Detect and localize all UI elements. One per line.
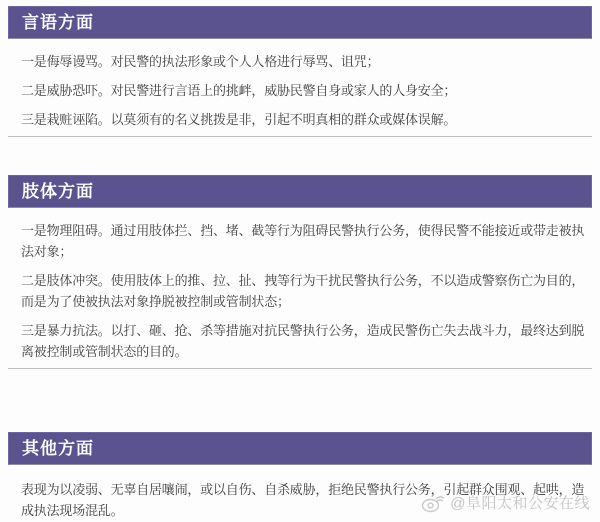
section-other: 其他方面 表现为以凌弱、无辜自居嚷闹，或以自伤、自杀威胁，拒绝民警执行公务，引起… (8, 432, 592, 522)
section-physical: 肢体方面 一是物理阻碍。通过用肢体拦、挡、堵、截等行为阻碍民警执行公务，使得民警… (8, 175, 592, 369)
paragraph: 二是威胁恐吓。对民警进行言语上的挑衅，威胁民警自身或家人的人身安全； (21, 80, 588, 101)
section-physical-body: 一是物理阻碍。通过用肢体拦、挡、堵、截等行为阻碍民警执行公务，使得民警不能接近或… (8, 208, 592, 369)
paragraph: 一是物理阻碍。通过用肢体拦、挡、堵、截等行为阻碍民警执行公务，使得民警不能接近或… (21, 220, 588, 262)
paragraph: 三是栽赃诬陷。以莫须有的名义挑拨是非，引起不明真相的群众或媒体误解。 (21, 109, 588, 130)
section-other-title: 其他方面 (8, 432, 592, 465)
paragraph: 三是暴力抗法。以打、砸、抢、杀等措施对抗民警执行公务，造成民警伤亡失去战斗力，最… (21, 320, 588, 362)
section-other-body: 表现为以凌弱、无辜自居嚷闹，或以自伤、自杀威胁，拒绝民警执行公务，引起群众围观、… (8, 465, 592, 522)
section-verbal-title: 言语方面 (8, 6, 592, 39)
section-physical-title: 肢体方面 (8, 175, 592, 208)
paragraph: 表现为以凌弱、无辜自居嚷闹，或以自伤、自杀威胁，拒绝民警执行公务，引起群众围观、… (21, 479, 588, 521)
section-verbal-body: 一是侮辱谩骂。对民警的执法形象或个人人格进行辱骂、诅咒； 二是威胁恐吓。对民警进… (8, 39, 592, 137)
section-verbal: 言语方面 一是侮辱谩骂。对民警的执法形象或个人人格进行辱骂、诅咒； 二是威胁恐吓… (8, 0, 592, 137)
paragraph: 二是肢体冲突。使用肢体上的推、拉、扯、拽等行为干扰民警执行公务，不以造成警察伤亡… (21, 270, 588, 312)
paragraph: 一是侮辱谩骂。对民警的执法形象或个人人格进行辱骂、诅咒； (21, 51, 588, 72)
